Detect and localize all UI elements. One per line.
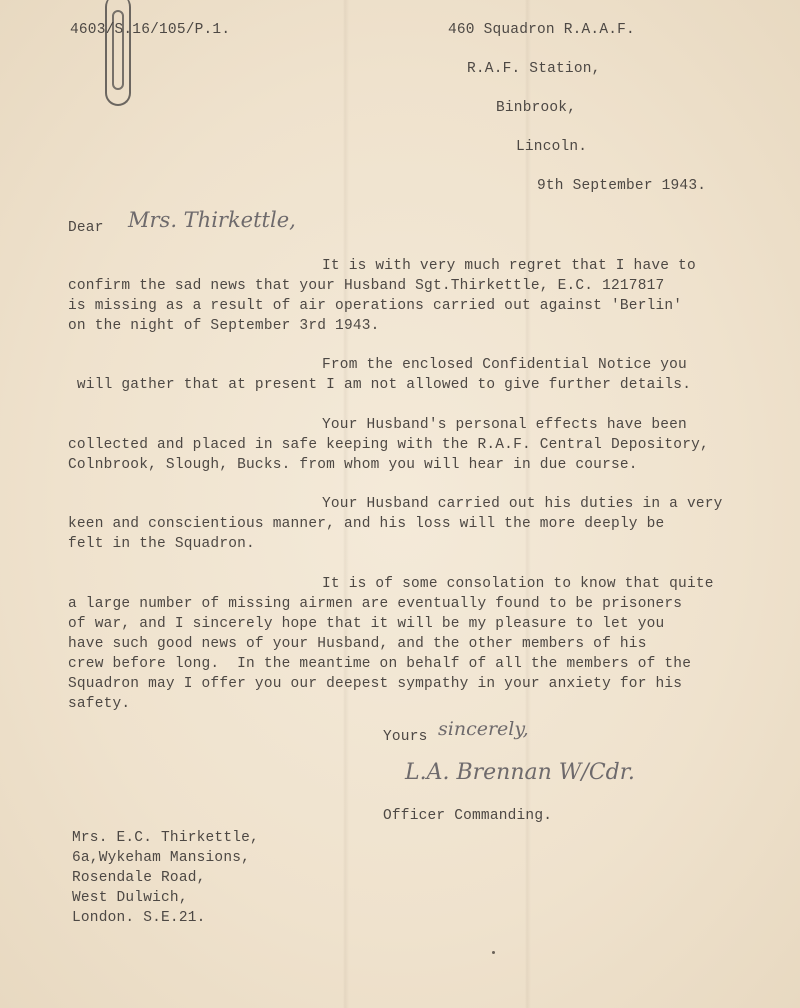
closing-handwritten: sincerely, bbox=[438, 718, 529, 740]
body-line: of war, and I sincerely hope that it wil… bbox=[68, 614, 664, 634]
body-line: felt in the Squadron. bbox=[68, 534, 255, 554]
letter-date: 9th September 1943. bbox=[537, 176, 706, 196]
recipient-address-line: Mrs. E.C. Thirkettle, bbox=[72, 828, 259, 848]
recipient-address-line: West Dulwich, bbox=[72, 888, 188, 908]
salutation-typed: Dear bbox=[68, 218, 104, 238]
body-line: safety. bbox=[68, 694, 130, 714]
body-line: Your Husband's personal effects have bee… bbox=[322, 415, 687, 435]
paper-mark bbox=[492, 951, 495, 954]
body-line: It is with very much regret that I have … bbox=[322, 256, 696, 276]
sender-address-line: 460 Squadron R.A.A.F. bbox=[448, 20, 635, 40]
recipient-address-line: 6a,Wykeham Mansions, bbox=[72, 848, 250, 868]
signatory-title: Officer Commanding. bbox=[383, 806, 552, 826]
body-line: From the enclosed Confidential Notice yo… bbox=[322, 355, 687, 375]
recipient-address-line: London. S.E.21. bbox=[72, 908, 206, 928]
signature: L.A. Brennan W/Cdr. bbox=[405, 760, 635, 785]
body-line: confirm the sad news that your Husband S… bbox=[68, 276, 664, 296]
body-line: a large number of missing airmen are eve… bbox=[68, 594, 682, 614]
sender-address-line: Binbrook, bbox=[496, 98, 576, 118]
closing-typed: Yours bbox=[383, 727, 428, 747]
sender-address-line: Lincoln. bbox=[516, 137, 587, 157]
body-line: Colnbrook, Slough, Bucks. from whom you … bbox=[68, 455, 638, 475]
body-line: will gather that at present I am not all… bbox=[68, 375, 691, 395]
body-line: It is of some consolation to know that q… bbox=[322, 574, 714, 594]
body-line: is missing as a result of air operations… bbox=[68, 296, 682, 316]
body-line: Your Husband carried out his duties in a… bbox=[322, 494, 723, 514]
body-line: Squadron may I offer you our deepest sym… bbox=[68, 674, 682, 694]
body-line: keen and conscientious manner, and his l… bbox=[68, 514, 664, 534]
recipient-address-line: Rosendale Road, bbox=[72, 868, 206, 888]
sender-address-line: R.A.F. Station, bbox=[467, 59, 601, 79]
reference-number: 4603/S.16/105/P.1. bbox=[70, 20, 230, 40]
body-line: collected and placed in safe keeping wit… bbox=[68, 435, 709, 455]
salutation-handwritten: Mrs. Thirkettle, bbox=[128, 208, 296, 232]
body-line: on the night of September 3rd 1943. bbox=[68, 316, 380, 336]
body-line: have such good news of your Husband, and… bbox=[68, 634, 647, 654]
body-line: crew before long. In the meantime on beh… bbox=[68, 654, 691, 674]
